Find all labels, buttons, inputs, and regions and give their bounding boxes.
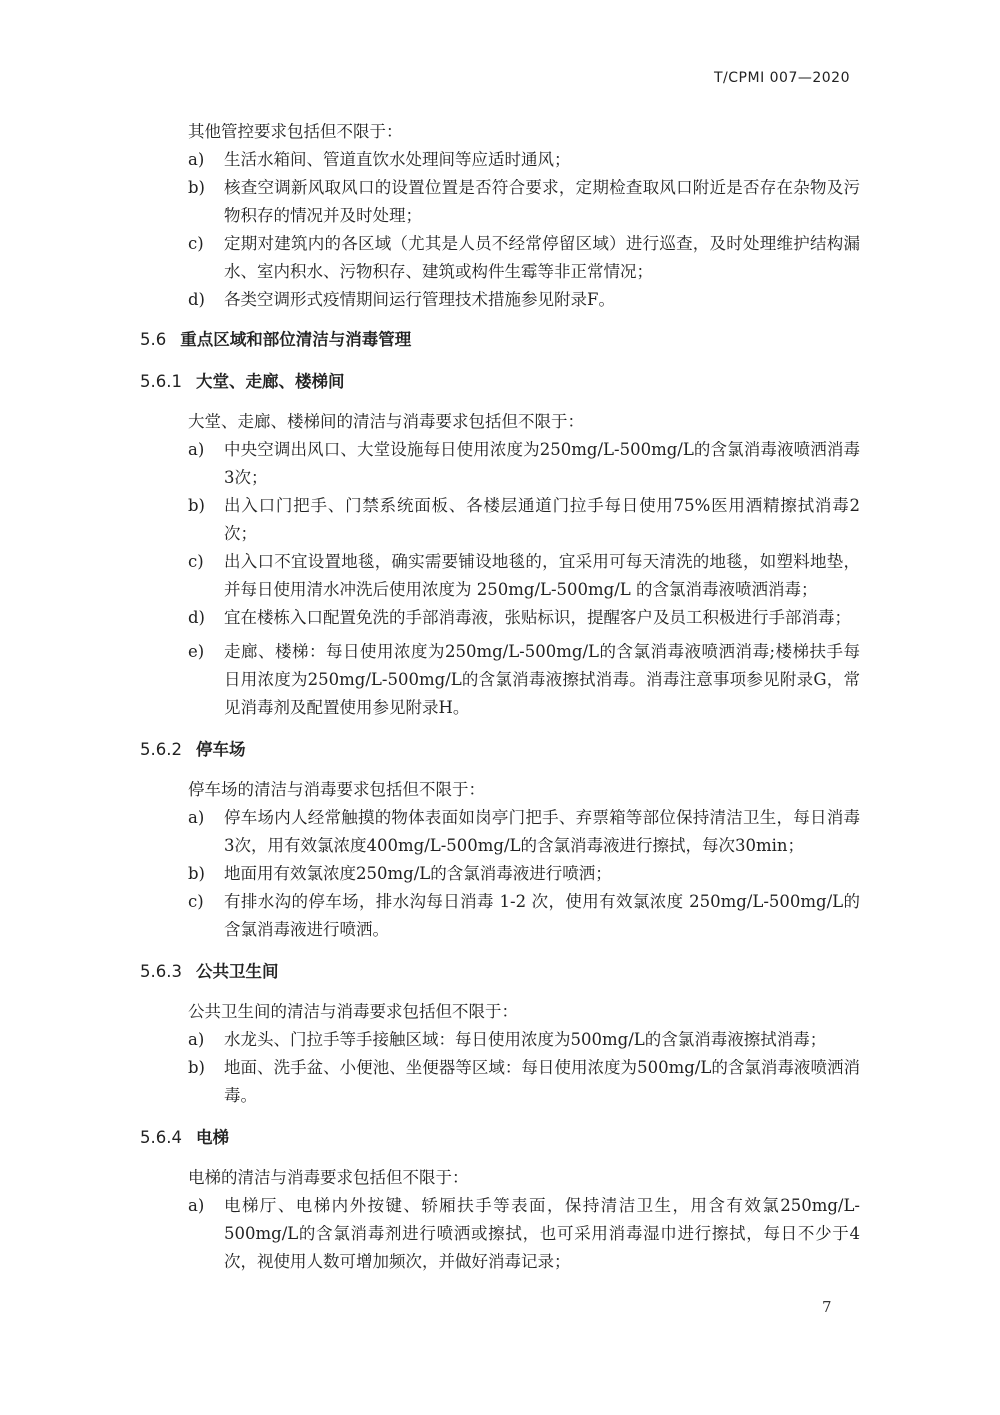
list-item: a) 中央空调出风口、大堂设施每日使用浓度为250mg/L-500mg/L的含氯…: [188, 436, 860, 492]
list-marker: a): [188, 1026, 224, 1054]
list-text: 出入口不宜设置地毯，确实需要铺设地毯的，宜采用可每天清洗的地毯，如塑料地垫，并每…: [224, 548, 860, 604]
list-text: 中央空调出风口、大堂设施每日使用浓度为250mg/L-500mg/L的含氯消毒液…: [224, 436, 860, 492]
list-item: c) 定期对建筑内的各区域（尤其是人员不经常停留区域）进行巡查，及时处理维护结构…: [188, 230, 860, 286]
intro-lead: 其他管控要求包括但不限于：: [188, 118, 860, 146]
list-item: a) 电梯厅、电梯内外按键、轿厢扶手等表面，保持清洁卫生，用含有效氯250mg/…: [188, 1192, 860, 1276]
subsection-lead: 电梯的清洁与消毒要求包括但不限于：: [188, 1164, 860, 1192]
subsection-title: 停车场: [196, 740, 246, 759]
list-text: 地面、洗手盆、小便池、坐便器等区域：每日使用浓度为500mg/L的含氯消毒液喷洒…: [224, 1054, 860, 1110]
list-marker: a): [188, 436, 224, 492]
subsection-number: 5.6.3: [140, 962, 182, 981]
subsection-number: 5.6.4: [140, 1128, 182, 1147]
page-header-standard-code: T/CPMI 007—2020: [714, 70, 850, 86]
document-body: 其他管控要求包括但不限于： a) 生活水箱间、管道直饮水处理间等应适时通风； b…: [140, 118, 860, 1276]
list-marker: b): [188, 860, 224, 888]
list-marker: d): [188, 286, 224, 314]
subsection-number: 5.6.2: [140, 740, 182, 759]
list-item: c) 有排水沟的停车场，排水沟每日消毒 1-2 次，使用有效氯浓度 250mg/…: [188, 888, 860, 944]
list-text: 出入口门把手、门禁系统面板、各楼层通道门拉手每日使用75%医用酒精擦拭消毒2次；: [224, 492, 860, 548]
list-marker: b): [188, 174, 224, 230]
list-marker: a): [188, 146, 224, 174]
subsection-heading-5-6-4: 5.6.4电梯: [140, 1124, 860, 1152]
list-text: 电梯厅、电梯内外按键、轿厢扶手等表面，保持清洁卫生，用含有效氯250mg/L-5…: [224, 1192, 860, 1276]
section-heading-5-6: 5.6重点区域和部位清洁与消毒管理: [140, 326, 860, 354]
list-marker: c): [188, 548, 224, 604]
list-text: 各类空调形式疫情期间运行管理技术措施参见附录F。: [224, 286, 860, 314]
list-item: d) 各类空调形式疫情期间运行管理技术措施参见附录F。: [188, 286, 860, 314]
list-marker: a): [188, 804, 224, 860]
list-marker: b): [188, 1054, 224, 1110]
list-item: e) 走廊、楼梯：每日使用浓度为250mg/L-500mg/L的含氯消毒液喷洒消…: [188, 638, 860, 722]
section-number: 5.6: [140, 330, 166, 349]
subsection-number: 5.6.1: [140, 372, 182, 391]
list-marker: e): [188, 638, 224, 722]
list-marker: d): [188, 604, 224, 632]
list-item: b) 核查空调新风取风口的设置位置是否符合要求，定期检查取风口附近是否存在杂物及…: [188, 174, 860, 230]
list-item: b) 地面、洗手盆、小便池、坐便器等区域：每日使用浓度为500mg/L的含氯消毒…: [188, 1054, 860, 1110]
section-title: 重点区域和部位清洁与消毒管理: [180, 330, 411, 349]
list-item: c) 出入口不宜设置地毯，确实需要铺设地毯的，宜采用可每天清洗的地毯，如塑料地垫…: [188, 548, 860, 604]
subsection-title: 大堂、走廊、楼梯间: [196, 372, 345, 391]
list-item: a) 停车场内人经常触摸的物体表面如岗亭门把手、弃票箱等部位保持清洁卫生，每日消…: [188, 804, 860, 860]
subsection-heading-5-6-1: 5.6.1大堂、走廊、楼梯间: [140, 368, 860, 396]
list-marker: a): [188, 1192, 224, 1276]
list-item: b) 出入口门把手、门禁系统面板、各楼层通道门拉手每日使用75%医用酒精擦拭消毒…: [188, 492, 860, 548]
subsection-lead: 大堂、走廊、楼梯间的清洁与消毒要求包括但不限于：: [188, 408, 860, 436]
page-number: 7: [822, 1298, 832, 1316]
list-text: 宜在楼栋入口配置免洗的手部消毒液，张贴标识，提醒客户及员工积极进行手部消毒；: [224, 604, 860, 632]
list-text: 走廊、楼梯：每日使用浓度为250mg/L-500mg/L的含氯消毒液喷洒消毒;楼…: [224, 638, 860, 722]
list-marker: c): [188, 888, 224, 944]
list-item: a) 生活水箱间、管道直饮水处理间等应适时通风；: [188, 146, 860, 174]
subsection-lead: 停车场的清洁与消毒要求包括但不限于：: [188, 776, 860, 804]
list-marker: c): [188, 230, 224, 286]
list-item: b) 地面用有效氯浓度250mg/L的含氯消毒液进行喷洒；: [188, 860, 860, 888]
list-text: 生活水箱间、管道直饮水处理间等应适时通风；: [224, 146, 860, 174]
list-text: 水龙头、门拉手等手接触区域：每日使用浓度为500mg/L的含氯消毒液擦拭消毒；: [224, 1026, 860, 1054]
subsection-lead: 公共卫生间的清洁与消毒要求包括但不限于：: [188, 998, 860, 1026]
subsection-heading-5-6-3: 5.6.3公共卫生间: [140, 958, 860, 986]
list-text: 定期对建筑内的各区域（尤其是人员不经常停留区域）进行巡查，及时处理维护结构漏水、…: [224, 230, 860, 286]
list-item: a) 水龙头、门拉手等手接触区域：每日使用浓度为500mg/L的含氯消毒液擦拭消…: [188, 1026, 860, 1054]
list-text: 地面用有效氯浓度250mg/L的含氯消毒液进行喷洒；: [224, 860, 860, 888]
list-item: d) 宜在楼栋入口配置免洗的手部消毒液，张贴标识，提醒客户及员工积极进行手部消毒…: [188, 604, 860, 632]
subsection-title: 电梯: [196, 1128, 229, 1147]
list-text: 有排水沟的停车场，排水沟每日消毒 1-2 次，使用有效氯浓度 250mg/L-5…: [224, 888, 860, 944]
list-text: 核查空调新风取风口的设置位置是否符合要求，定期检查取风口附近是否存在杂物及污物积…: [224, 174, 860, 230]
list-text: 停车场内人经常触摸的物体表面如岗亭门把手、弃票箱等部位保持清洁卫生，每日消毒3次…: [224, 804, 860, 860]
subsection-title: 公共卫生间: [196, 962, 279, 981]
list-marker: b): [188, 492, 224, 548]
subsection-heading-5-6-2: 5.6.2停车场: [140, 736, 860, 764]
